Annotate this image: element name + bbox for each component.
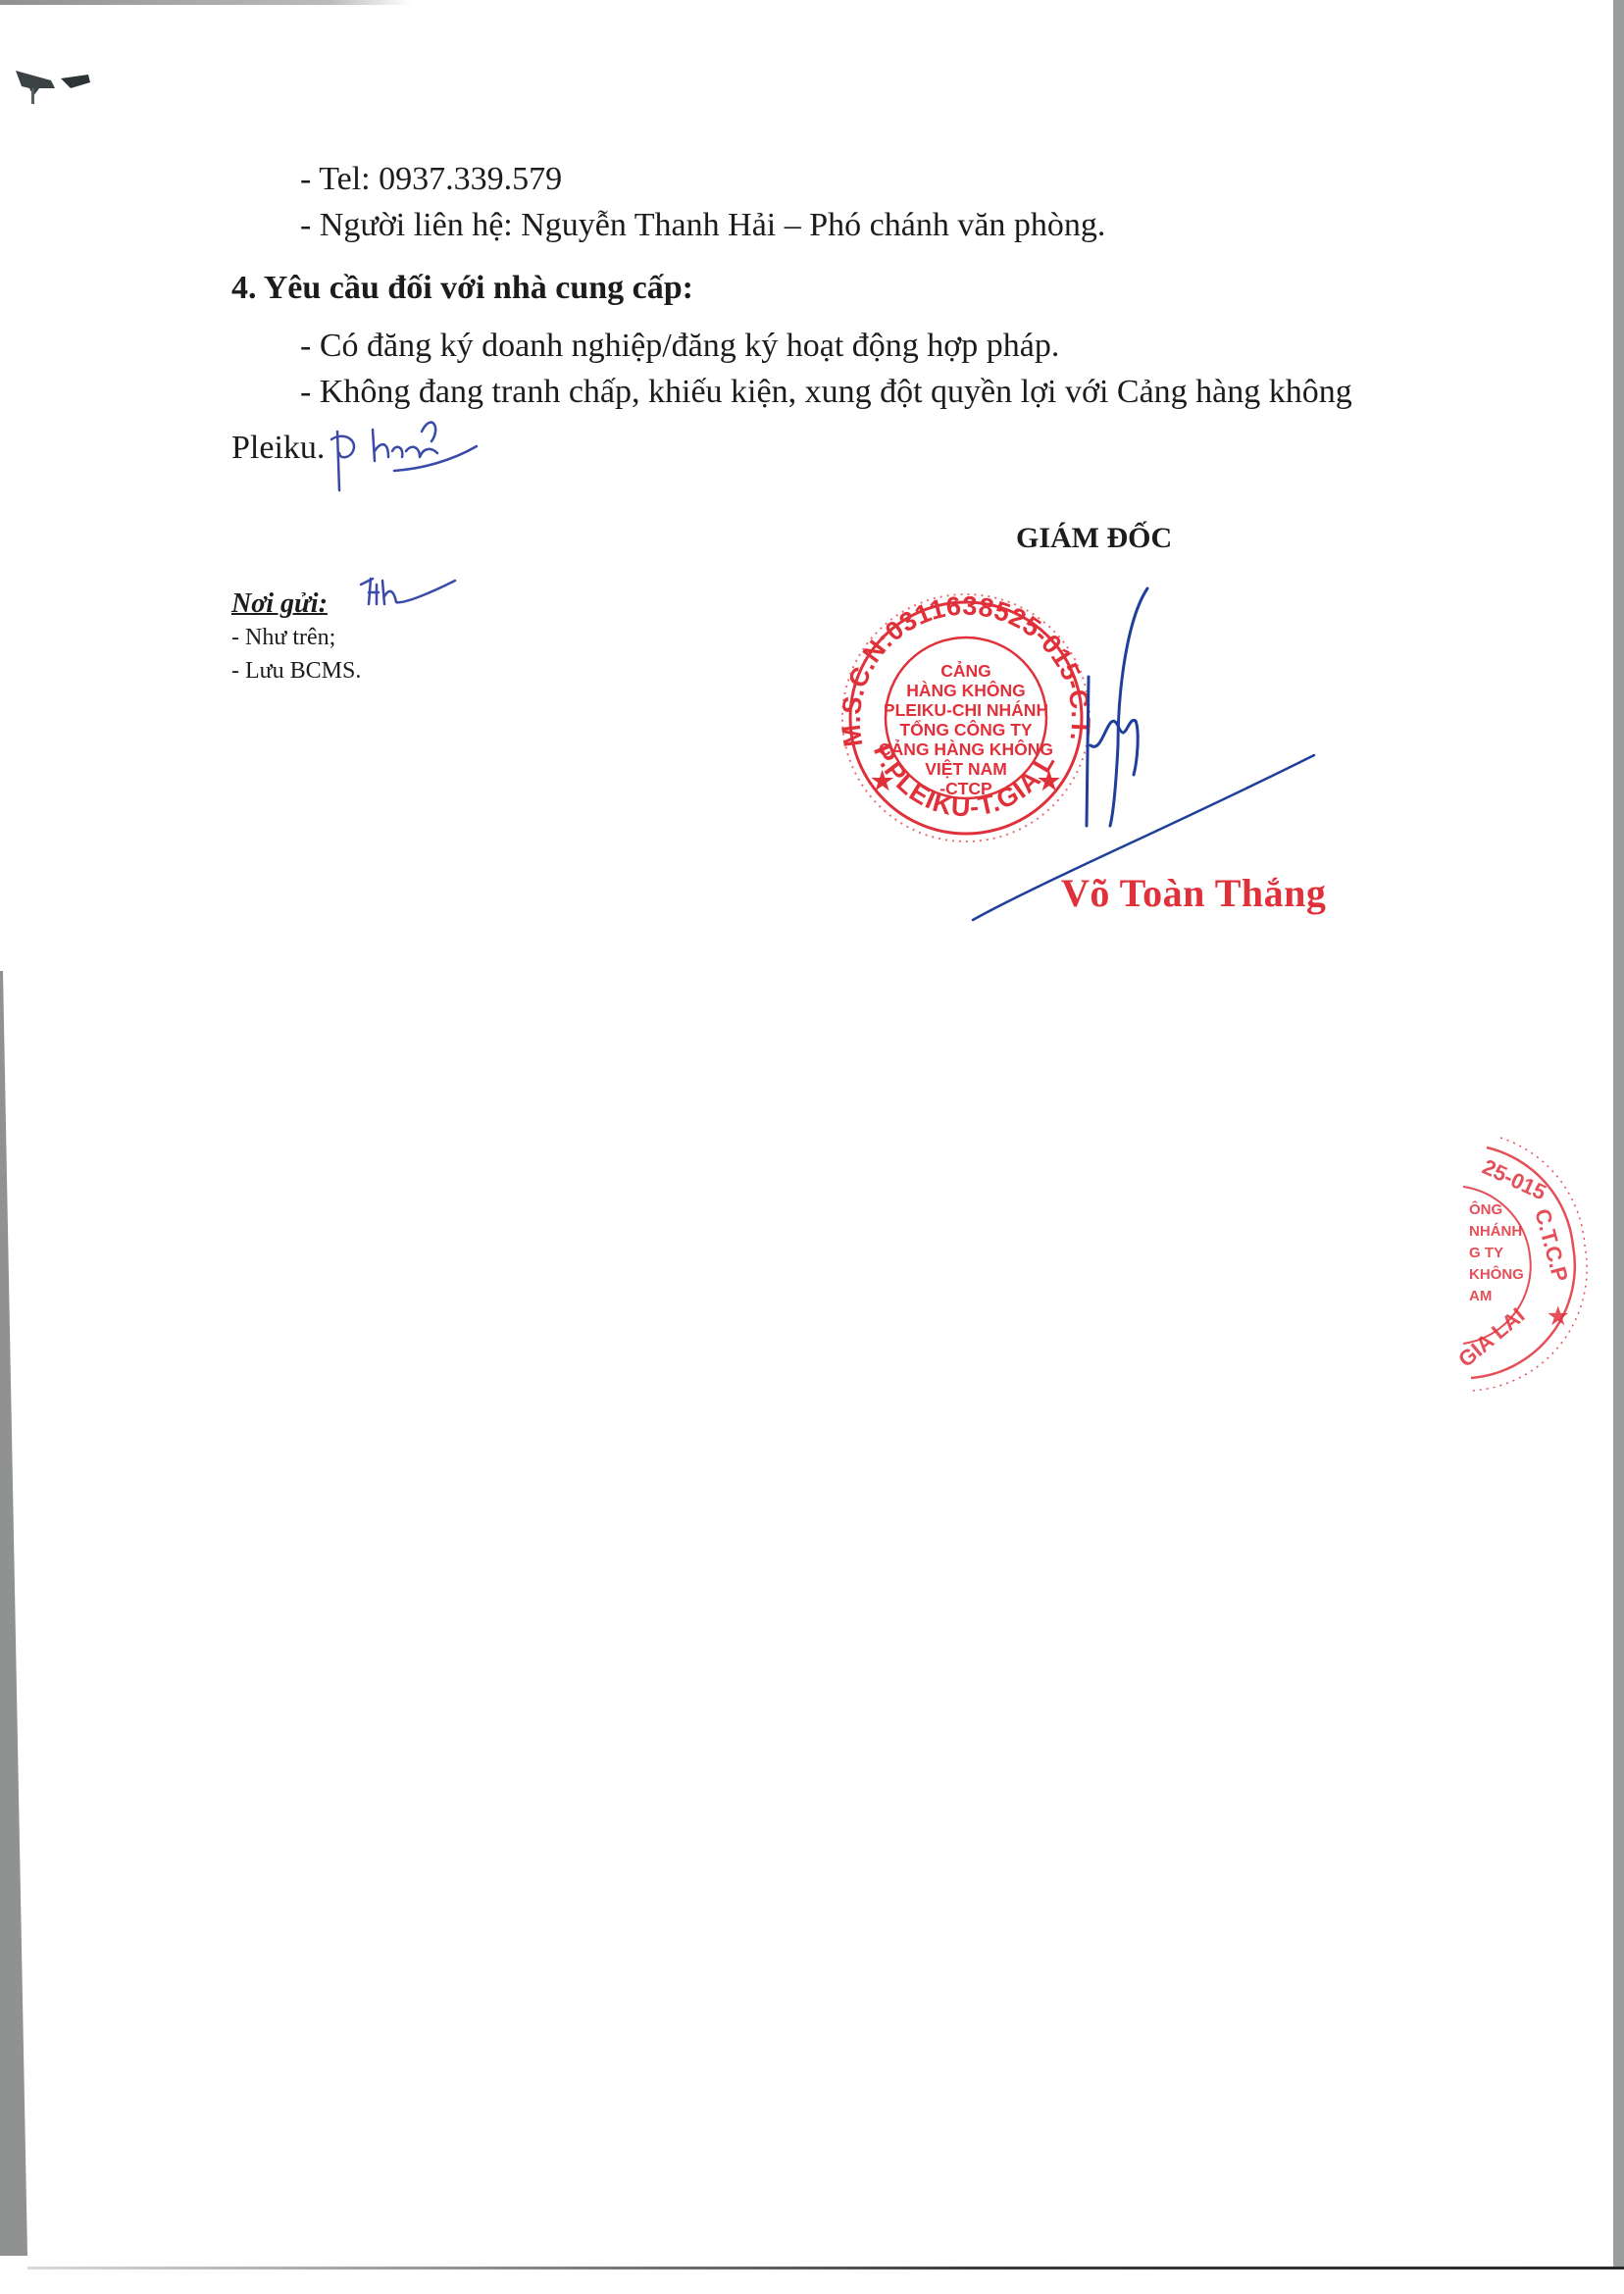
svg-text:25-015: 25-015	[1479, 1154, 1550, 1205]
requirement-item-1: - Có đăng ký doanh nghiệp/đăng ký hoạt đ…	[300, 330, 1059, 363]
svg-text:GIA LAI: GIA LAI	[1453, 1302, 1529, 1371]
partial-stamp-text: 25-015 C.T.C.P GIA LAI ★ ÔNGNHÁNHG TYKHÔ…	[1453, 1154, 1573, 1372]
recipients-label: Nơi gửi:	[231, 590, 328, 618]
svg-text:TP.PLEIKU-T.GIA LAI: TP.PLEIKU-T.GIA LAI	[0, 0, 1061, 822]
svg-text:★: ★	[1548, 1303, 1569, 1330]
recipients-label-text: Nơi gửi:	[231, 588, 328, 619]
stamp-star-left-icon: ★	[871, 766, 894, 795]
stamp-inner-line: CẢNG	[940, 660, 991, 681]
partial-stamp-inner-line: ÔNG	[1469, 1200, 1502, 1218]
stamp-inner-line: PLEIKU-CHI NHÁNH	[884, 699, 1048, 720]
contact-person: - Người liên hệ: Nguyễn Thanh Hải – Phó …	[300, 209, 1105, 242]
requirement-item-2: - Không đang tranh chấp, khiếu kiện, xun…	[300, 376, 1352, 409]
company-stamp	[842, 594, 1090, 841]
recipient-item-2: - Lưu BCMS.	[231, 659, 361, 683]
scan-edge-left	[0, 971, 27, 2256]
signer-name: Võ Toàn Thắng	[1061, 870, 1326, 916]
partial-stamp-inner-line: AM	[1469, 1288, 1492, 1304]
stamp-inner-line: VIỆT NAM	[925, 758, 1007, 779]
section-4-heading: 4. Yêu cầu đối với nhà cung cấp:	[231, 272, 693, 305]
initials-noigui	[361, 579, 455, 604]
initials-pleiku	[331, 423, 477, 490]
stamp-inner-line: CẢNG HÀNG KHÔNG	[879, 739, 1053, 759]
partial-stamp-inner-line: NHÁNH	[1469, 1223, 1522, 1240]
company-stamp-text: M.S.C.N:0311638525-015-C.T.C.P TP.PLEIKU…	[0, 0, 1095, 822]
stamp-inner-line: HÀNG KHÔNG	[906, 680, 1026, 700]
signature-title: GIÁM ĐỐC	[1016, 522, 1172, 555]
staple-mark-icon	[12, 59, 90, 108]
recipient-item-1: - Như trên;	[231, 626, 335, 649]
partial-stamp-inner-line: KHÔNG	[1469, 1265, 1524, 1283]
stamp-inner-line: -CTCP	[939, 779, 992, 798]
requirement-item-2-continuation: Pleiku.	[231, 432, 325, 465]
stamp-star-right-icon: ★	[1038, 766, 1061, 795]
scan-margin-bottom	[0, 2269, 1624, 2294]
scan-edge-right	[1613, 0, 1624, 2269]
scan-edge-top	[0, 0, 412, 5]
partial-stamp-inner-line: G TY	[1469, 1245, 1503, 1261]
scanned-document-page: - Tel: 0937.339.579 - Người liên hệ: Ngu…	[0, 0, 1624, 2294]
svg-text:C.T.C.P: C.T.C.P	[1530, 1206, 1573, 1285]
contact-tel: - Tel: 0937.339.579	[300, 163, 562, 196]
stamp-inner-line: TỔNG CÔNG TY	[899, 719, 1032, 739]
partial-stamp	[1463, 1138, 1587, 1391]
